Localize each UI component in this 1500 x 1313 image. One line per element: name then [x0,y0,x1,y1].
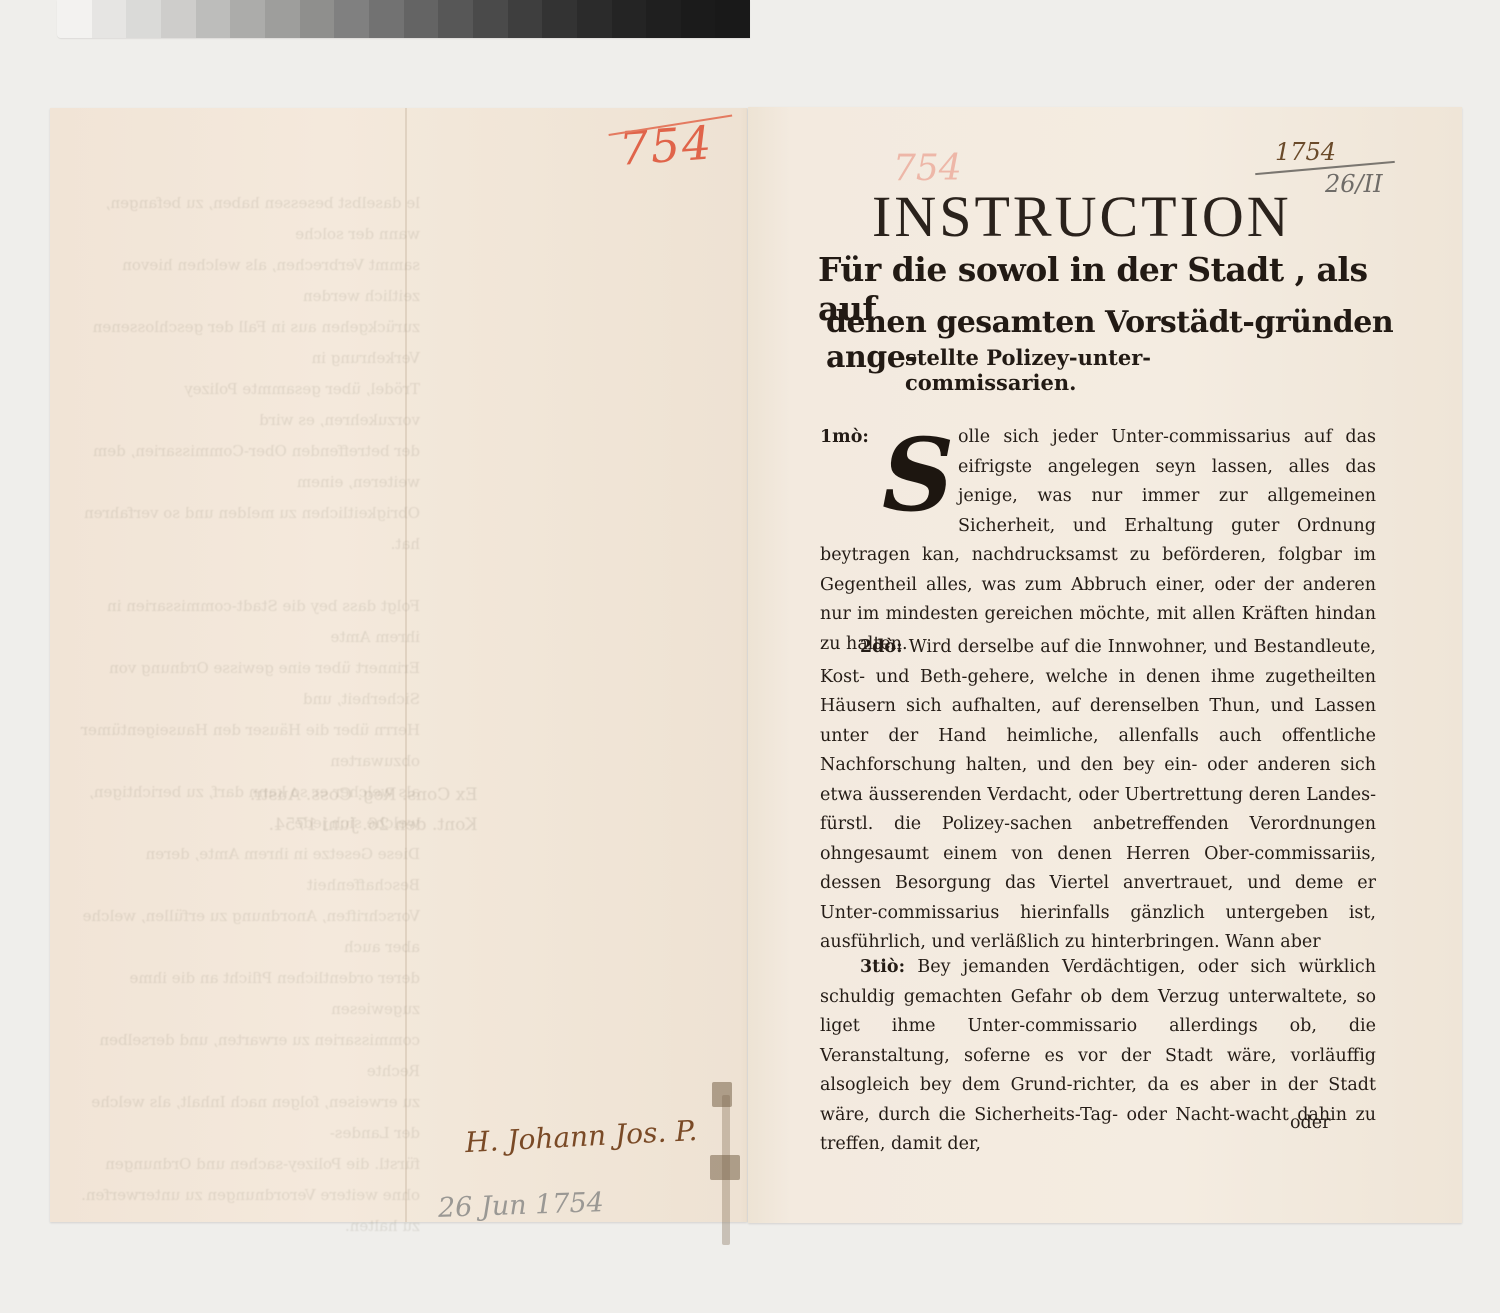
pencil-date: 26 Jun 1754 [438,1187,605,1224]
reference-date: 26/II [1325,170,1383,198]
gray-step [300,0,335,38]
gray-step [161,0,196,38]
gray-step [92,0,127,38]
gray-step [265,0,300,38]
gray-step [334,0,369,38]
paragraph-2: 2dò: Wird derselbe auf die Innwohner, un… [820,633,1376,958]
red-crayon-number: 754 [618,114,733,196]
gray-step [57,0,92,38]
gray-step [438,0,473,38]
spine-stain [722,1095,730,1245]
paragraph-1: 1mò: S olle sich jeder Unter-commissariu… [820,423,1376,659]
bleed-through-closing: Ex Cons. Reg. Coss. Austr. Kont. den 26.… [250,780,478,840]
drop-cap-initial: S [882,423,950,533]
gray-step [126,0,161,38]
gray-step [230,0,265,38]
subtitle-line-3: stellte Polizey-unter-commissarien. [905,345,1305,395]
gray-step [646,0,681,38]
paragraph-number: 1mò: [820,423,882,453]
catchword: oder [1290,1113,1330,1133]
gray-step [577,0,612,38]
grayscale-calibration-strip [57,0,750,38]
gray-step [508,0,543,38]
bleed-through-text: le daselbst besessen haben, zu befangen,… [80,188,420,1242]
gray-step [404,0,439,38]
paragraph-number: 3tiò: [860,957,905,977]
gray-step [715,0,750,38]
gray-step [369,0,404,38]
document-title: INSTRUCTION [872,183,1332,250]
gray-step [681,0,716,38]
paragraph-number: 2dò: [860,637,903,657]
gray-step [542,0,577,38]
gray-step [196,0,231,38]
gray-step [473,0,508,38]
gray-step [612,0,647,38]
reference-year: 1754 [1275,138,1336,166]
paragraph-text: Wird derselbe auf die Innwohner, und Bes… [820,637,1376,952]
